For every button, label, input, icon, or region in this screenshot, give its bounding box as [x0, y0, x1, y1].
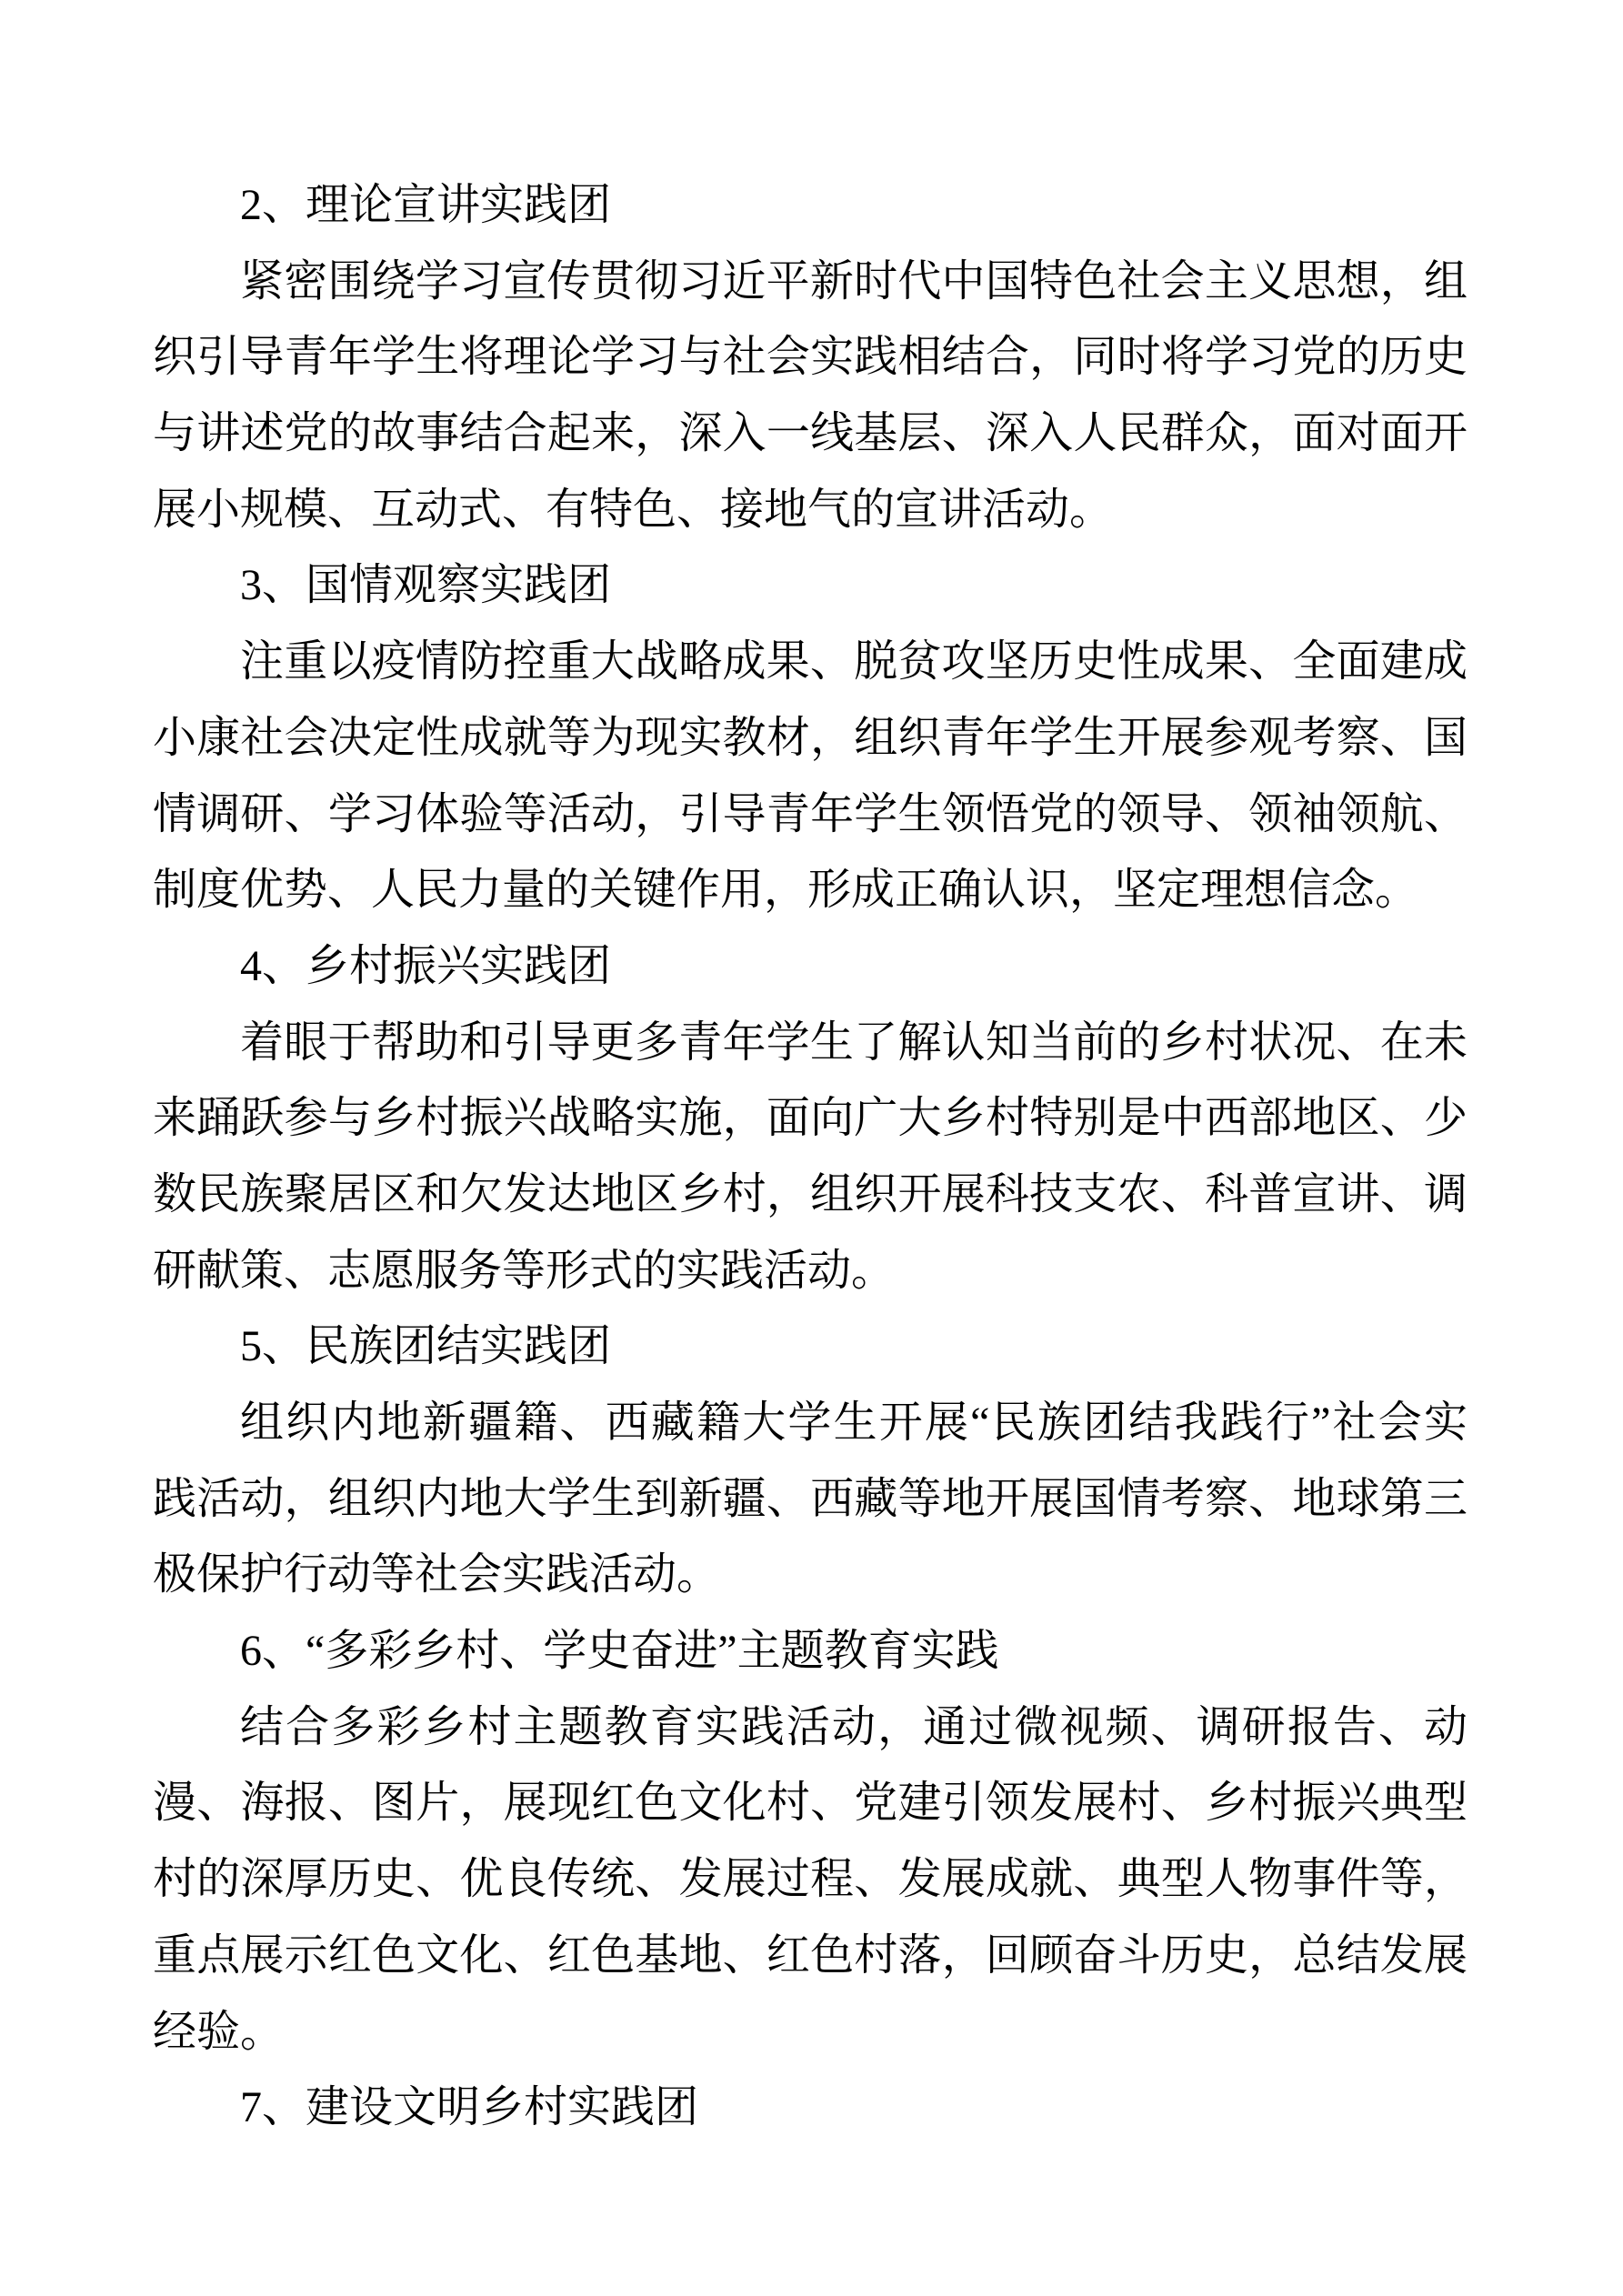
section-theory-publicity-team: 2、理论宣讲实践团 紧密围绕学习宣传贯彻习近平新时代中国特色社会主义思想，组 织… — [153, 167, 1468, 547]
section-civilized-village-team: 7、建设文明乡村实践团 — [153, 2070, 1468, 2146]
body-line: 漫、海报、图片，展现红色文化村、党建引领发展村、乡村振兴典型 — [153, 1765, 1468, 1841]
section-colorful-village-theme-education: 6、“多彩乡村、学史奋进”主题教育实践 结合多彩乡村主题教育实践活动，通过微视频… — [153, 1613, 1468, 2070]
body-line: 情调研、学习体验等活动，引导青年学生领悟党的领导、领袖领航、 — [153, 777, 1468, 853]
section-heading: 7、建设文明乡村实践团 — [153, 2070, 1468, 2146]
body-line: 着眼于帮助和引导更多青年学生了解认知当前的乡村状况、在未 — [153, 1005, 1468, 1081]
section-heading: 4、乡村振兴实践团 — [153, 928, 1468, 1005]
section-heading: 3、国情观察实践团 — [153, 547, 1468, 624]
document-page: 2、理论宣讲实践团 紧密围绕学习宣传贯彻习近平新时代中国特色社会主义思想，组 织… — [0, 0, 1623, 2296]
section-ethnic-unity-team: 5、民族团结实践团 组织内地新疆籍、西藏籍大学生开展“民族团结我践行”社会实 践… — [153, 1308, 1468, 1613]
section-heading: 5、民族团结实践团 — [153, 1308, 1468, 1385]
body-line: 践活动，组织内地大学生到新疆、西藏等地开展国情考察、地球第三 — [153, 1461, 1468, 1538]
section-heading: 2、理论宣讲实践团 — [153, 167, 1468, 244]
body-line: 小康社会决定性成就等为现实教材，组织青年学生开展参观考察、国 — [153, 700, 1468, 777]
section-national-conditions-team: 3、国情观察实践团 注重以疫情防控重大战略成果、脱贫攻坚历史性成果、全面建成 小… — [153, 547, 1468, 927]
body-line: 紧密围绕学习宣传贯彻习近平新时代中国特色社会主义思想，组 — [153, 244, 1468, 320]
body-line: 极保护行动等社会实践活动。 — [153, 1537, 1468, 1613]
body-line: 注重以疫情防控重大战略成果、脱贫攻坚历史性成果、全面建成 — [153, 624, 1468, 700]
body-line: 组织内地新疆籍、西藏籍大学生开展“民族团结我践行”社会实 — [153, 1385, 1468, 1461]
body-line: 数民族聚居区和欠发达地区乡村，组织开展科技支农、科普宣讲、调 — [153, 1157, 1468, 1233]
body-line: 来踊跃参与乡村振兴战略实施，面向广大乡村特别是中西部地区、少 — [153, 1080, 1468, 1157]
body-line: 村的深厚历史、优良传统、发展过程、发展成就、典型人物事件等， — [153, 1841, 1468, 1918]
body-line: 制度优势、人民力量的关键作用，形成正确认识，坚定理想信念。 — [153, 852, 1468, 928]
body-line: 织引导青年学生将理论学习与社会实践相结合，同时将学习党的历史 — [153, 319, 1468, 396]
body-line: 研献策、志愿服务等形式的实践活动。 — [153, 1233, 1468, 1309]
section-rural-revitalization-team: 4、乡村振兴实践团 着眼于帮助和引导更多青年学生了解认知当前的乡村状况、在未 来… — [153, 928, 1468, 1308]
body-line: 经验。 — [153, 1994, 1468, 2070]
body-line: 与讲述党的故事结合起来，深入一线基层、深入人民群众，面对面开 — [153, 396, 1468, 472]
body-line: 重点展示红色文化、红色基地、红色村落，回顾奋斗历史，总结发展 — [153, 1918, 1468, 1994]
body-line: 结合多彩乡村主题教育实践活动，通过微视频、调研报告、动 — [153, 1689, 1468, 1766]
section-heading: 6、“多彩乡村、学史奋进”主题教育实践 — [153, 1613, 1468, 1689]
document-content: 2、理论宣讲实践团 紧密围绕学习宣传贯彻习近平新时代中国特色社会主义思想，组 织… — [153, 167, 1468, 2146]
body-line: 展小规模、互动式、有特色、接地气的宣讲活动。 — [153, 472, 1468, 548]
